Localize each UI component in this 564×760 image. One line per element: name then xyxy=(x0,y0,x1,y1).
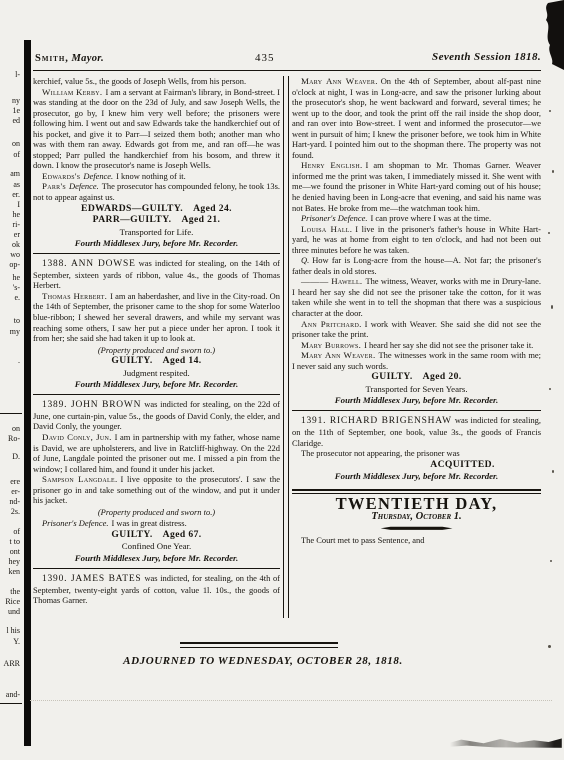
testimony-paragraph: Sampson Langdale.I live opposite to the … xyxy=(33,474,280,506)
testimony-paragraph: Parr'sDefence.The prosecutor has compoun… xyxy=(33,181,280,202)
jury-attribution-line: Fourth Middlesex Jury, before Mr. Record… xyxy=(292,471,541,482)
masthead-mayor: Smith, Mayor. xyxy=(35,53,104,64)
margin-text-fragment: 2s. xyxy=(11,507,20,516)
margin-text-fragment: 1e xyxy=(12,106,20,115)
scan-speck xyxy=(552,170,554,173)
margin-text-fragment: ken xyxy=(8,567,20,576)
margin-text-fragment: D. xyxy=(12,452,20,461)
testimony-paragraph: ——— Hawell.The witness, Weaver, works wi… xyxy=(292,276,541,318)
margin-text-fragment: and- xyxy=(6,690,20,699)
margin-text-fragment: l his xyxy=(6,626,20,635)
testimony-paragraph: 1391. RICHARD BRIGENSHAWwas indicted for… xyxy=(292,415,541,448)
paragraph-text: On the 4th of September, about alf-past … xyxy=(292,76,541,160)
margin-text-fragment: er- xyxy=(11,487,20,496)
testimony-paragraph: Mary Burrows.I heard her say she did not… xyxy=(292,340,541,351)
paragraph-text: How far is Long-acre from the house—A. N… xyxy=(292,255,541,276)
paragraph-text: I know nothing of it. xyxy=(116,171,186,181)
case-title: 1388. ANN DOWSE xyxy=(42,259,136,269)
margin-text-fragment: the xyxy=(10,587,20,596)
margin-text-fragment: Y. xyxy=(13,637,20,646)
jury-attribution-line: Fourth Middlesex Jury, before Mr. Record… xyxy=(33,379,280,390)
margin-text-fragment: . xyxy=(18,356,20,365)
adjournment-line: ADJOURNED TO WEDNESDAY, OCTOBER 28, 1818… xyxy=(33,655,493,667)
margin-text-fragment: Rice xyxy=(5,597,20,606)
witness-name: David Conly, Jun. xyxy=(42,432,112,442)
case-separator-rule xyxy=(33,568,280,569)
margin-text-fragment: e. xyxy=(14,293,20,302)
verdict-line: GUILTY. Aged 20. xyxy=(292,372,541,383)
footer-double-rule xyxy=(180,642,338,648)
witness-name: Ann Pritchard. xyxy=(301,319,362,329)
margin-text-fragment: am xyxy=(10,169,20,178)
verdict-line: ACQUITTED. xyxy=(292,460,541,471)
margin-text-fragment: Ro- xyxy=(8,434,20,443)
scan-speck xyxy=(549,388,551,390)
defence-label: Q. xyxy=(301,255,309,265)
sentence-line: Transported for Life. xyxy=(33,227,280,238)
left-margin-fragments: l-ny1eedonofamaser.Iheri-erokwoop-he's-e… xyxy=(0,0,22,760)
margin-text-fragment: of xyxy=(13,527,20,536)
defence-label: Prisoner's Defence. xyxy=(42,518,108,528)
margin-text-fragment: on xyxy=(12,139,20,148)
verdict-line: GUILTY. Aged 14. xyxy=(33,356,280,367)
day-date-subheading: Thursday, October 1. xyxy=(292,512,541,523)
column-right: Mary Ann Weaver.On the 4th of September,… xyxy=(292,76,541,546)
scan-speck xyxy=(552,470,554,473)
testimony-paragraph: Q.How far is Long-acre from the house—A.… xyxy=(292,255,541,276)
sentence-line: Transported for Seven Years. xyxy=(292,384,541,395)
verdict-line: EDWARDS—GUILTY. Aged 24. xyxy=(33,204,280,215)
margin-text-fragment: of xyxy=(13,150,20,159)
jury-attribution-line: Fourth Middlesex Jury, before Mr. Record… xyxy=(33,553,280,564)
paragraph-text: I can prove where I was at the time. xyxy=(370,213,491,223)
testimony-paragraph: Prisoner's Defence.I was in great distre… xyxy=(33,518,280,529)
defence-label: Defence. xyxy=(83,171,113,181)
margin-text-fragment: he xyxy=(12,210,20,219)
scan-speck xyxy=(548,232,550,234)
sentence-line: Confined One Year. xyxy=(33,541,280,552)
testimony-paragraph: Prisoner's Defence.I can prove where I w… xyxy=(292,213,541,224)
witness-name: Mary Burrows. xyxy=(301,340,361,350)
scan-artifact-top-right xyxy=(542,0,564,70)
verdict-line: PARR—GUILTY. Aged 21. xyxy=(33,215,280,226)
witness-name: ——— Hawell. xyxy=(301,276,362,286)
testimony-paragraph: Mary Ann Weaver.The witnesses work in th… xyxy=(292,350,541,371)
margin-text-fragment: as xyxy=(13,180,20,189)
margin-text-fragment: er. xyxy=(12,190,20,199)
witness-name: Parr's xyxy=(42,181,66,191)
verdict-line: GUILTY. Aged 67. xyxy=(33,530,280,541)
scan-speck xyxy=(549,110,551,112)
testimony-paragraph: Louisa Hall.I live in the prisoner's fat… xyxy=(292,224,541,256)
witness-name: Henry English. xyxy=(301,160,362,170)
margin-text-fragment: und xyxy=(8,607,20,616)
sentence-line: Judgment respited. xyxy=(33,368,280,379)
margin-text-fragment: ARR xyxy=(4,659,20,668)
jury-attribution-line: Fourth Middlesex Jury, before Mr. Record… xyxy=(33,238,280,249)
paragraph-text: The prosecutor not appearing, the prison… xyxy=(301,448,460,458)
parenthetical-line: (Property produced and sworn to.) xyxy=(33,507,280,518)
jury-attribution-line: Fourth Middlesex Jury, before Mr. Record… xyxy=(292,395,541,406)
paragraph-text: The Court met to pass Sentence, and xyxy=(301,535,425,545)
gutter-shadow-bar xyxy=(24,40,31,746)
margin-text-fragment: hey xyxy=(8,557,20,566)
testimony-paragraph: Edwards'sDefence.I know nothing of it. xyxy=(33,171,280,182)
scan-speck xyxy=(550,560,552,562)
testimony-paragraph: 1388. ANN DOWSEwas indicted for stealing… xyxy=(33,258,280,291)
paragraph-text: I am a servant at Fairman's library, in … xyxy=(33,87,280,171)
margin-text-fragment: ny xyxy=(12,96,20,105)
margin-text-fragment: wo xyxy=(10,250,20,259)
margin-text-fragment: ri- xyxy=(12,220,20,229)
mayor-title: Mayor. xyxy=(72,53,104,64)
paragraph-text: I heard her say she did not see the pris… xyxy=(364,340,533,350)
margin-text-fragment: 's- xyxy=(13,283,20,292)
column-divider xyxy=(283,76,289,618)
masthead-session: Seventh Session 1818. xyxy=(432,51,541,63)
paragraph-text: kerchief, value 5s., the goods of Joseph… xyxy=(33,76,246,86)
margin-text-fragment: on xyxy=(12,424,20,433)
document-page: Smith, Mayor. 435 Seventh Session 1818. … xyxy=(0,0,564,760)
testimony-paragraph: Mary Ann Weaver.On the 4th of September,… xyxy=(292,76,541,160)
witness-name: William Kerby. xyxy=(42,87,102,97)
witness-name: Sampson Langdale. xyxy=(42,474,118,484)
margin-text-fragment: to xyxy=(14,316,20,325)
testimony-paragraph: David Conly, Jun.I am in partnership wit… xyxy=(33,432,280,474)
margin-text-fragment: t to xyxy=(10,537,20,546)
testimony-paragraph: 1390. JAMES BATESwas indicted, for steal… xyxy=(33,573,280,606)
witness-name: Edwards's xyxy=(42,171,80,181)
faint-dotted-line xyxy=(30,700,552,701)
case-title: 1390. JAMES BATES xyxy=(42,574,141,584)
scan-speck xyxy=(548,645,551,648)
margin-rule-fragment xyxy=(0,413,22,414)
margin-text-fragment: nd- xyxy=(9,497,20,506)
case-title: 1389. JOHN BROWN xyxy=(42,400,141,410)
case-separator-rule xyxy=(292,410,541,411)
case-title: 1391. RICHARD BRIGENSHAW xyxy=(301,416,452,426)
header-rule xyxy=(33,70,541,71)
margin-text-fragment: I xyxy=(17,200,20,209)
witness-name: Thomas Herbert. xyxy=(42,291,107,301)
masthead: Smith, Mayor. 435 Seventh Session 1818. xyxy=(33,51,541,69)
testimony-paragraph: Henry English.I am shopman to Mr. Thomas… xyxy=(292,160,541,213)
parenthetical-line: (Property produced and sworn to.) xyxy=(33,345,280,356)
testimony-paragraph: The Court met to pass Sentence, and xyxy=(292,535,541,546)
scan-speck xyxy=(551,305,553,309)
witness-name: Mary Ann Weaver. xyxy=(301,76,378,86)
margin-text-fragment: ere xyxy=(10,477,20,486)
testimony-paragraph: 1389. JOHN BROWNwas indicted for stealin… xyxy=(33,399,280,432)
testimony-paragraph: Thomas Herbert.I am an haberdasher, and … xyxy=(33,291,280,344)
margin-text-fragment: l- xyxy=(15,70,20,79)
column-left: kerchief, value 5s., the goods of Joseph… xyxy=(33,76,280,606)
testimony-paragraph: Ann Pritchard.I work with Weaver. She sa… xyxy=(292,319,541,340)
day-heading: TWENTIETH DAY, xyxy=(292,499,541,510)
defence-label: Prisoner's Defence. xyxy=(301,213,367,223)
page-number: 435 xyxy=(255,52,275,64)
case-separator-rule xyxy=(33,253,280,254)
testimony-paragraph: kerchief, value 5s., the goods of Joseph… xyxy=(33,76,280,87)
margin-text-fragment: ed xyxy=(12,116,20,125)
decorative-flourish xyxy=(381,526,453,530)
margin-text-fragment: my xyxy=(10,327,20,336)
defence-label: Defence. xyxy=(69,181,99,191)
testimony-paragraph: William Kerby.I am a servant at Fairman'… xyxy=(33,87,280,171)
witness-name: Louisa Hall. xyxy=(301,224,352,234)
margin-text-fragment: op- xyxy=(9,260,20,269)
testimony-paragraph: The prosecutor not appearing, the prison… xyxy=(292,448,541,459)
margin-rule-fragment xyxy=(0,703,22,704)
margin-text-fragment: ont xyxy=(10,547,20,556)
margin-text-fragment: ok xyxy=(12,240,20,249)
mayor-name: Smith, xyxy=(35,53,69,64)
margin-text-fragment: he xyxy=(12,273,20,282)
witness-name: Mary Ann Weaver. xyxy=(301,350,375,360)
paragraph-text: I was in great distress. xyxy=(111,518,186,528)
scan-artifact-bottom-right xyxy=(450,736,562,748)
margin-text-fragment: er xyxy=(14,230,20,239)
case-separator-rule xyxy=(33,394,280,395)
